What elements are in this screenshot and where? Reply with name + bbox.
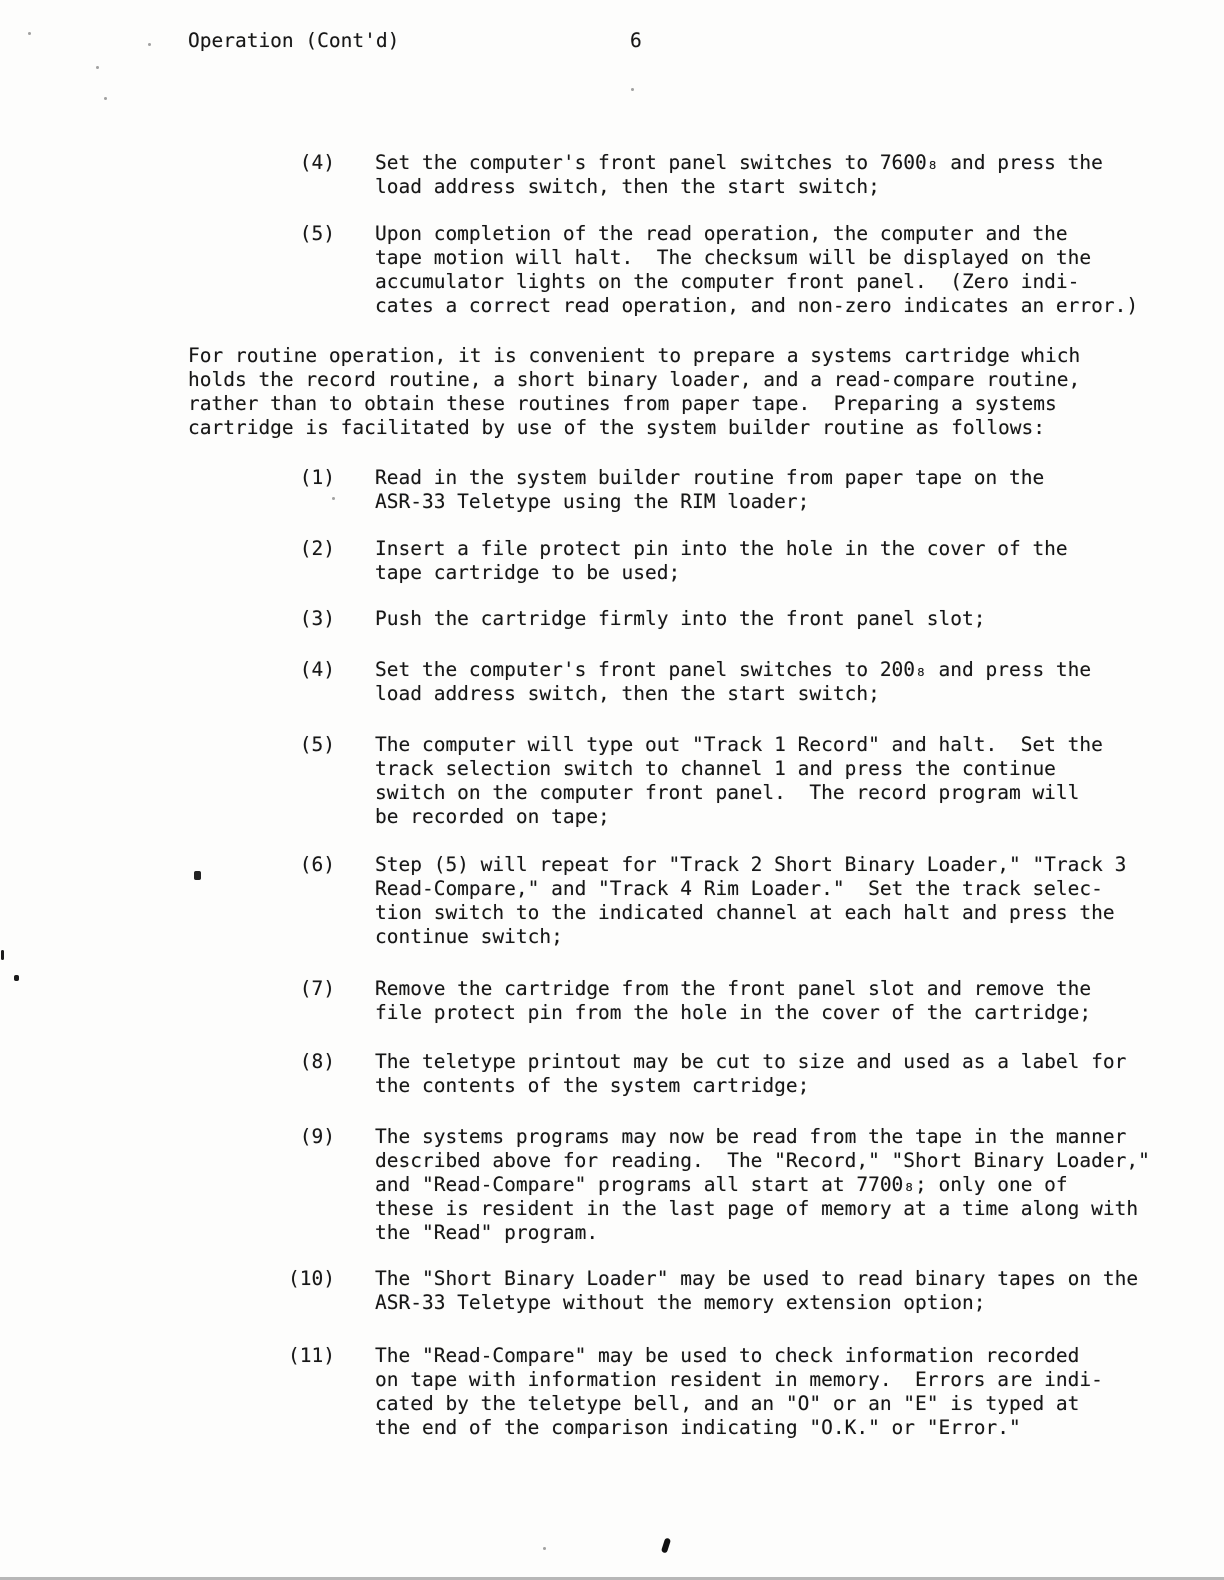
item-number: (2) (230, 537, 335, 561)
item-text: Step (5) will repeat for "Track 2 Short … (375, 853, 1126, 949)
numbered-item: (4) Set the computer's front panel switc… (230, 151, 1103, 199)
item-text: The computer will type out "Track 1 Reco… (375, 733, 1103, 829)
numbered-item: (5) The computer will type out "Track 1 … (230, 733, 1103, 829)
numbered-item: (5) Upon completion of the read operatio… (230, 222, 1138, 318)
item-number: (11) (230, 1344, 335, 1368)
item-number: (1) (230, 466, 335, 490)
numbered-item: (3) Push the cartridge firmly into the f… (230, 607, 985, 631)
ink-speck (332, 497, 335, 500)
item-number: (5) (230, 733, 335, 757)
item-text: Set the computer's front panel switches … (375, 151, 1103, 199)
ink-mark (661, 1537, 671, 1553)
page-number: 6 (630, 29, 642, 53)
item-text: Set the computer's front panel switches … (375, 658, 1091, 706)
item-text: Read in the system builder routine from … (375, 466, 1044, 514)
numbered-item: (4) Set the computer's front panel switc… (230, 658, 1091, 706)
ink-mark (14, 975, 19, 981)
scanned-document-page: Operation (Cont'd) 6 (4) Set the compute… (0, 0, 1224, 1580)
numbered-item: (6) Step (5) will repeat for "Track 2 Sh… (230, 853, 1126, 949)
ink-speck (543, 1547, 546, 1550)
item-number: (10) (230, 1267, 335, 1291)
numbered-item: (7) Remove the cartridge from the front … (230, 977, 1091, 1025)
numbered-item: (2) Insert a file protect pin into the h… (230, 537, 1068, 585)
numbered-item: (1) Read in the system builder routine f… (230, 466, 1044, 514)
numbered-item: (10) The "Short Binary Loader" may be us… (230, 1267, 1138, 1315)
item-number: (6) (230, 853, 335, 877)
item-text: Insert a file protect pin into the hole … (375, 537, 1068, 585)
item-number: (4) (230, 658, 335, 682)
item-number: (9) (230, 1125, 335, 1149)
item-text: The "Short Binary Loader" may be used to… (375, 1267, 1138, 1315)
section-title: Operation (Cont'd) (188, 29, 399, 53)
ink-speck (631, 88, 634, 91)
item-text: Push the cartridge firmly into the front… (375, 607, 985, 631)
body-paragraph: For routine operation, it is convenient … (188, 344, 1080, 440)
item-text: The teletype printout may be cut to size… (375, 1050, 1126, 1098)
ink-mark (194, 871, 201, 880)
ink-speck (104, 97, 107, 100)
item-number: (8) (230, 1050, 335, 1074)
item-text: The systems programs may now be read fro… (375, 1125, 1150, 1245)
item-number: (7) (230, 977, 335, 1001)
numbered-item: (11) The "Read-Compare" may be used to c… (230, 1344, 1103, 1440)
ink-speck (148, 43, 151, 46)
item-text: The "Read-Compare" may be used to check … (375, 1344, 1103, 1440)
ink-speck (96, 66, 99, 69)
numbered-item: (9) The systems programs may now be read… (230, 1125, 1150, 1245)
item-number: (4) (230, 151, 335, 175)
item-text: Upon completion of the read operation, t… (375, 222, 1138, 318)
numbered-item: (8) The teletype printout may be cut to … (230, 1050, 1126, 1098)
item-text: Remove the cartridge from the front pane… (375, 977, 1091, 1025)
item-number: (5) (230, 222, 335, 246)
ink-mark (1, 950, 4, 960)
item-number: (3) (230, 607, 335, 631)
ink-speck (28, 32, 31, 35)
